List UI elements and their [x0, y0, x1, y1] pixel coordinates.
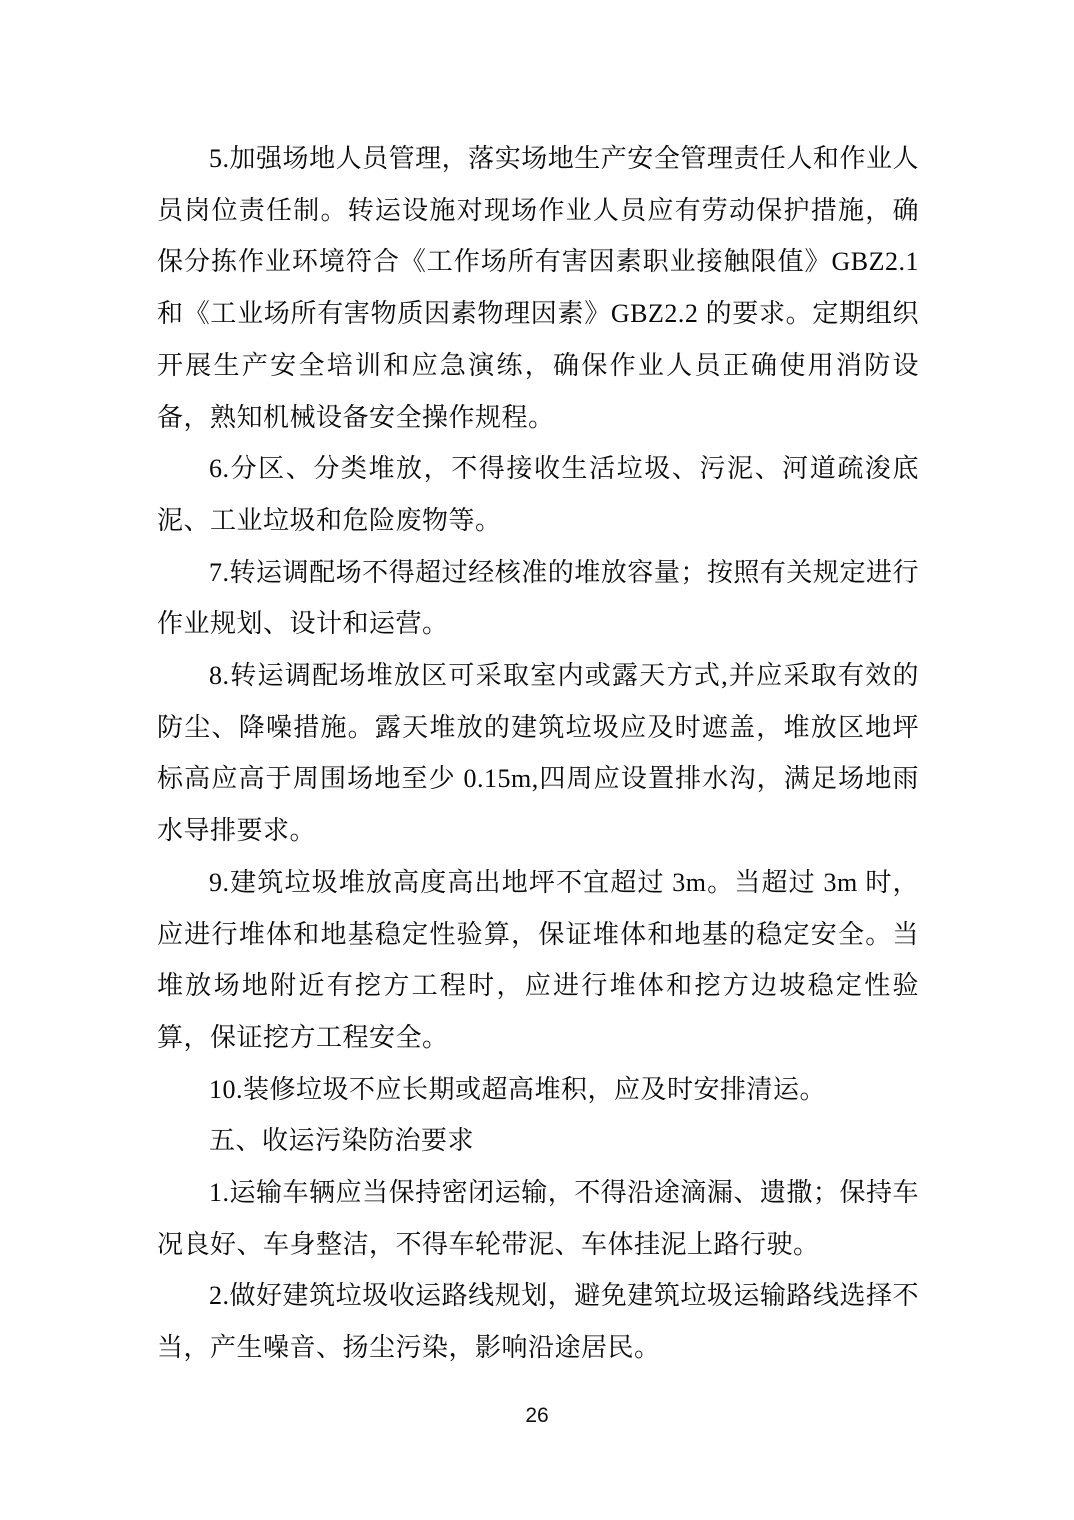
paragraph-item-sec5-1: 1.运输车辆应当保持密闭运输，不得沿途滴漏、遗撒；保持车况良好、车身整洁，不得车…: [157, 1167, 919, 1270]
paragraph-item-5: 5.加强场地人员管理，落实场地生产安全管理责任人和作业人员岗位责任制。转运设施对…: [157, 133, 919, 443]
section-heading-five: 五、收运污染防治要求: [157, 1115, 919, 1167]
paragraph-item-9: 9.建筑垃圾堆放高度高出地坪不宜超过 3m。当超过 3m 时，应进行堆体和地基稳…: [157, 857, 919, 1064]
paragraph-item-10: 10.装修垃圾不应长期或超高堆积，应及时安排清运。: [157, 1064, 919, 1116]
paragraph-item-7: 7.转运调配场不得超过经核准的堆放容量；按照有关规定进行作业规划、设计和运营。: [157, 547, 919, 650]
paragraph-item-sec5-2: 2.做好建筑垃圾收运路线规划，避免建筑垃圾运输路线选择不当，产生噪音、扬尘污染，…: [157, 1270, 919, 1373]
page-number: 26: [525, 1404, 548, 1427]
document-body: 5.加强场地人员管理，落实场地生产安全管理责任人和作业人员岗位责任制。转运设施对…: [157, 133, 919, 1374]
page-footer: 26: [0, 1404, 1074, 1428]
document-page: 5.加强场地人员管理，落实场地生产安全管理责任人和作业人员岗位责任制。转运设施对…: [0, 0, 1074, 1520]
paragraph-item-6: 6.分区、分类堆放，不得接收生活垃圾、污泥、河道疏浚底泥、工业垃圾和危险废物等。: [157, 443, 919, 546]
paragraph-item-8: 8.转运调配场堆放区可采取室内或露天方式,并应采取有效的防尘、降噪措施。露天堆放…: [157, 650, 919, 857]
